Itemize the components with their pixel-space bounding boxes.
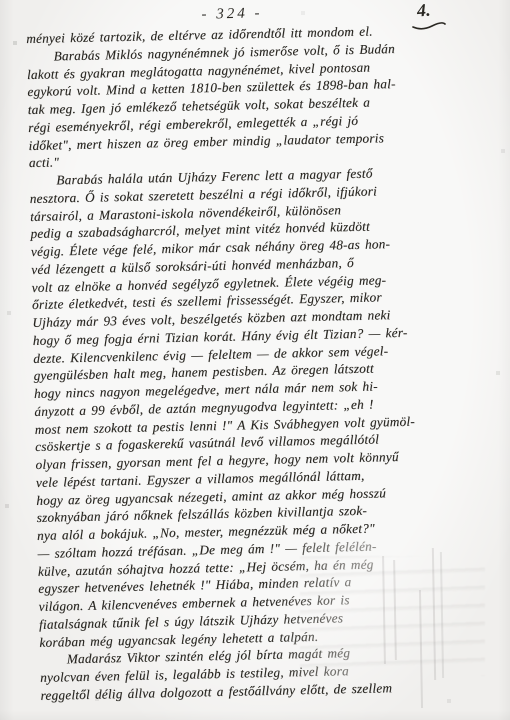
scan-specks [0,0,2,2]
corner-sheet-number: 4. [416,0,431,21]
